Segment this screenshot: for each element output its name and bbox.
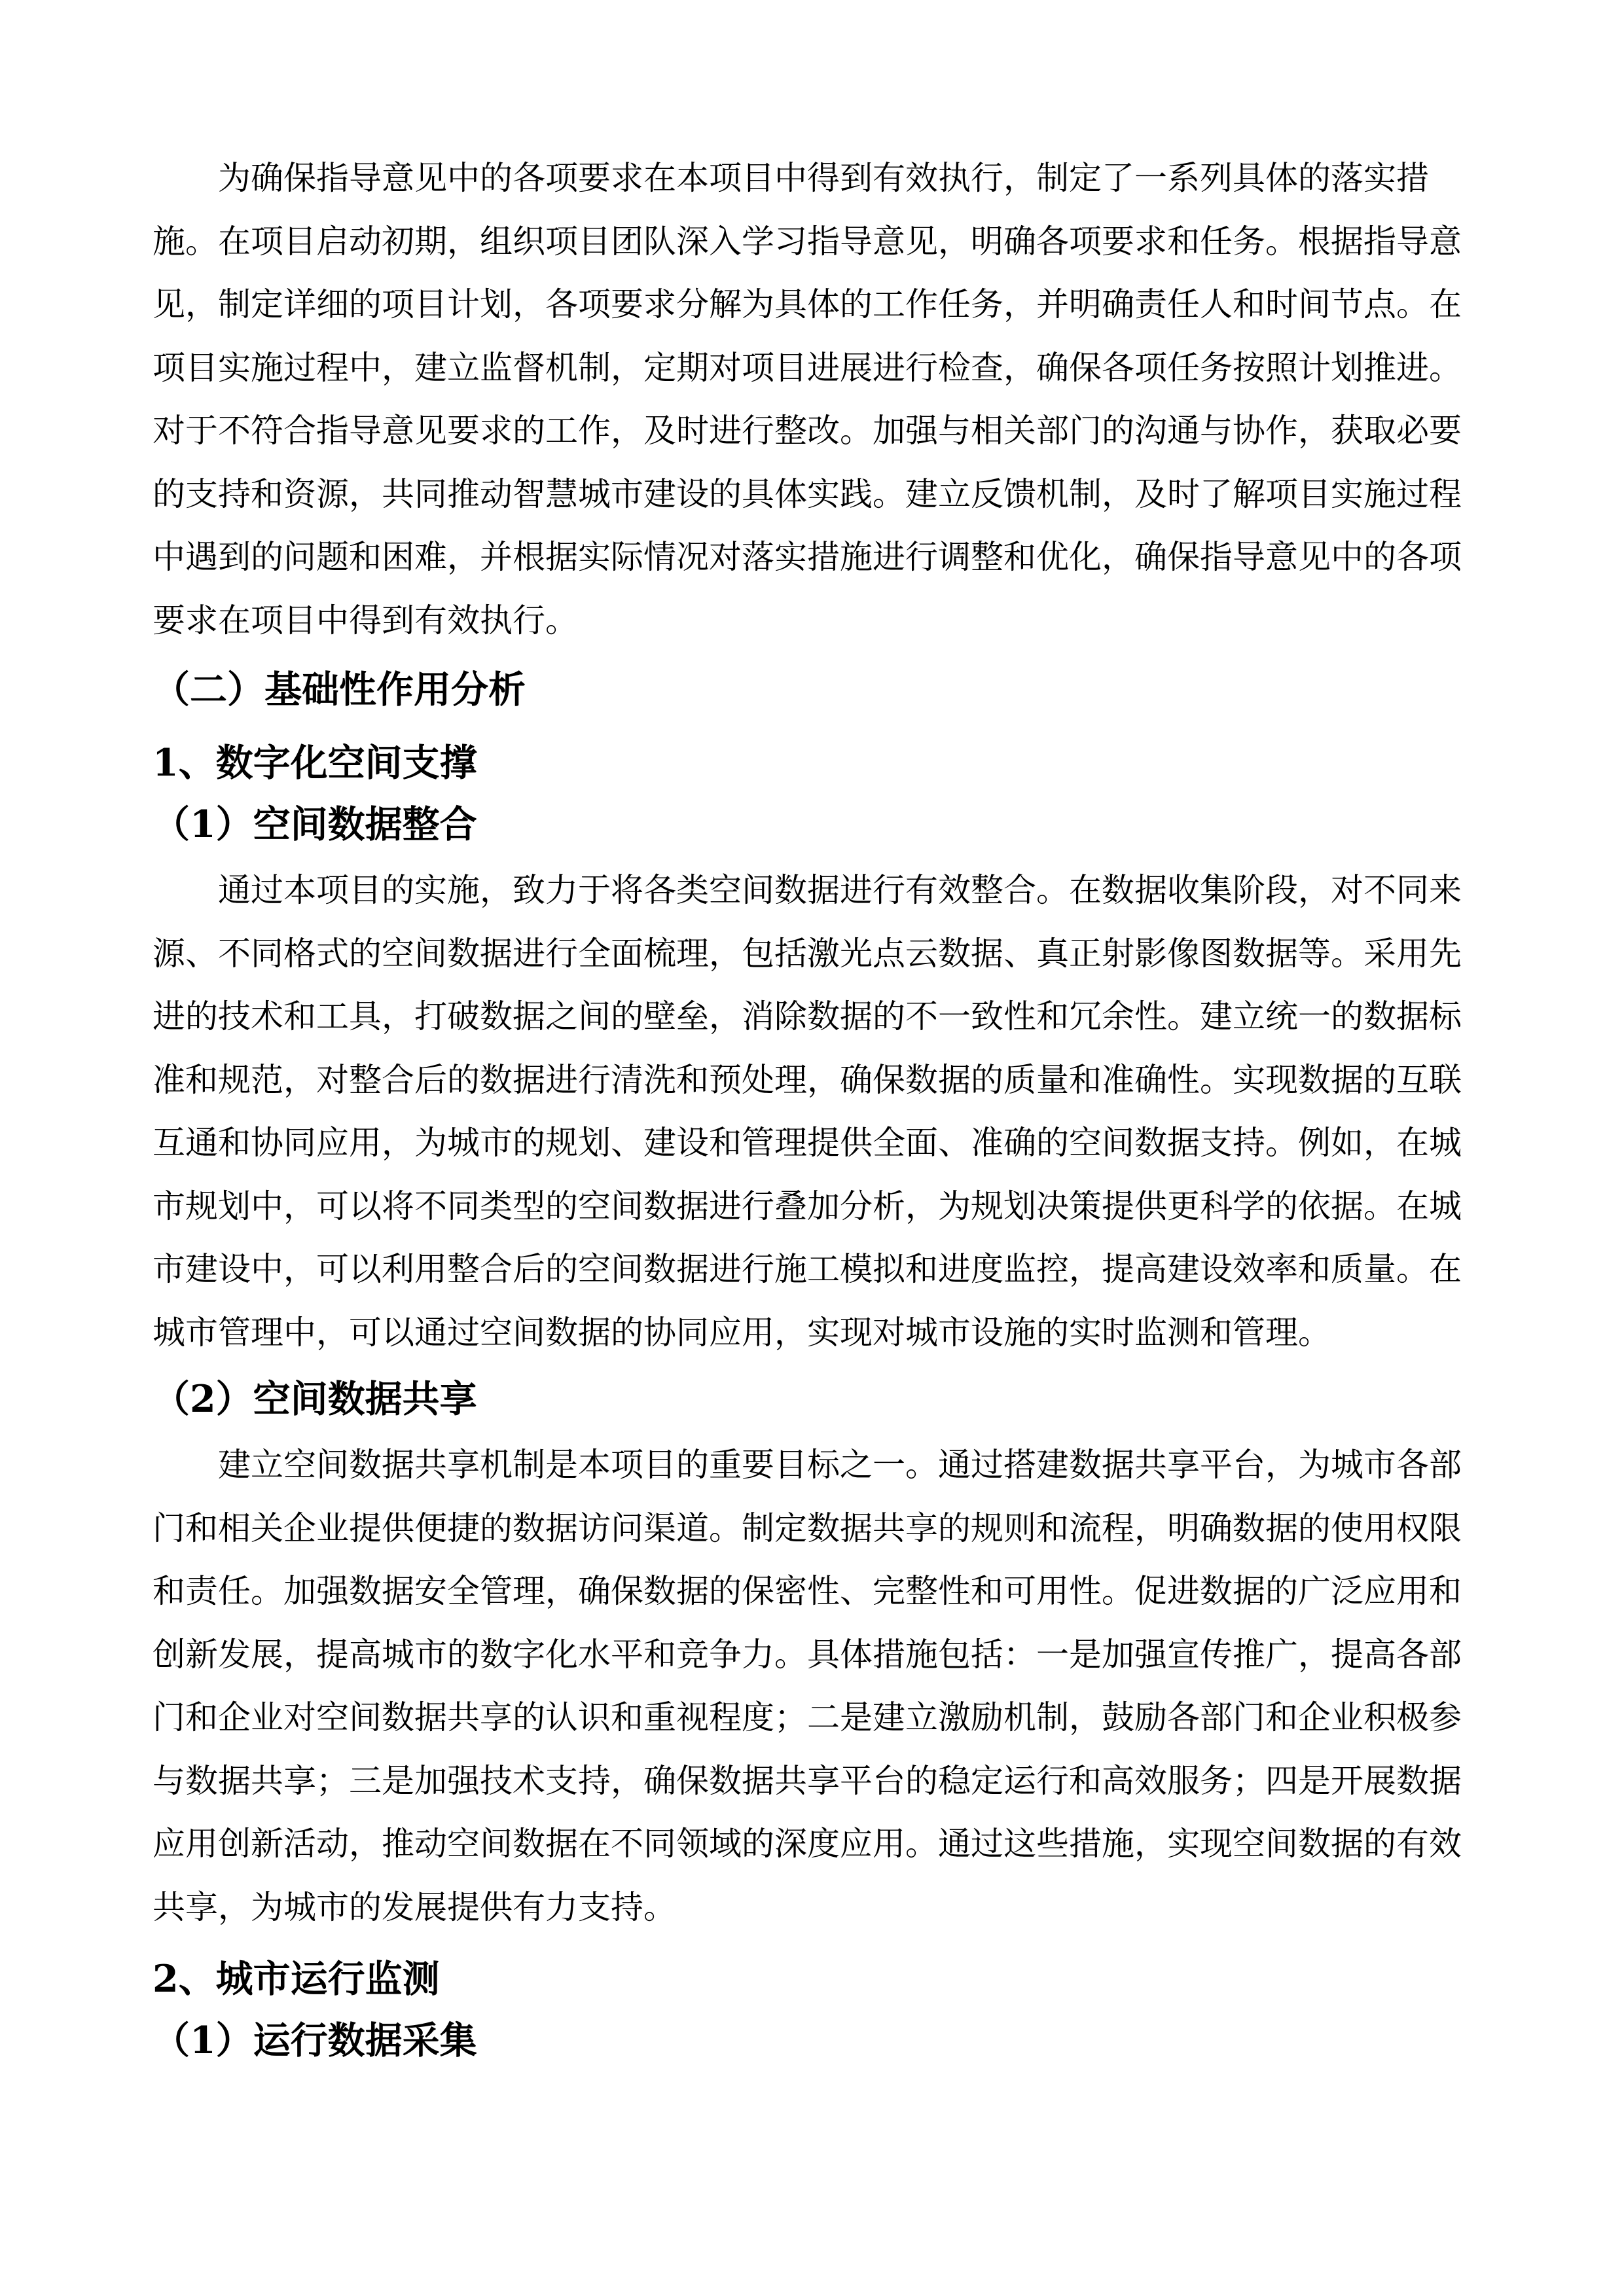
paragraph-line: 市建设中，可以利用整合后的空间数据进行施工模拟和进度监控，提高建设效率和质量。在 bbox=[153, 1238, 1462, 1301]
subsection-2-heading: 2、城市运行监测 bbox=[153, 1948, 1462, 2011]
intro-paragraph: 为确保指导意见中的各项要求在本项目中得到有效执行，制定了一系列具体的落实措 施。… bbox=[153, 147, 1462, 652]
subsection-1-2-heading: （2）空间数据共享 bbox=[153, 1369, 1462, 1429]
paragraph-line: 建立空间数据共享机制是本项目的重要目标之一。通过搭建数据共享平台，为城市各部 bbox=[153, 1433, 1462, 1497]
paragraph-line: 施。在项目启动初期，组织项目团队深入学习指导意见，明确各项要求和任务。根据指导意 bbox=[153, 210, 1462, 274]
paragraph-line: 城市管理中，可以通过空间数据的协同应用，实现对城市设施的实时监测和管理。 bbox=[153, 1301, 1462, 1365]
paragraph-line: 对于不符合指导意见要求的工作，及时进行整改。加强与相关部门的沟通与协作，获取必要 bbox=[153, 399, 1462, 463]
subsection-1-1-paragraph: 通过本项目的实施，致力于将各类空间数据进行有效整合。在数据收集阶段，对不同来 源… bbox=[153, 859, 1462, 1364]
paragraph-line: 创新发展，提高城市的数字化水平和竞争力。具体措施包括：一是加强宣传推广，提高各部 bbox=[153, 1623, 1462, 1687]
paragraph-line: 通过本项目的实施，致力于将各类空间数据进行有效整合。在数据收集阶段，对不同来 bbox=[153, 859, 1462, 922]
paragraph-line: 源、不同格式的空间数据进行全面梳理，包括激光点云数据、真正射影像图数据等。采用先 bbox=[153, 922, 1462, 986]
paragraph-line: 共享，为城市的发展提供有力支持。 bbox=[153, 1876, 1462, 1939]
paragraph-line: 和责任。加强数据安全管理，确保数据的保密性、完整性和可用性。促进数据的广泛应用和 bbox=[153, 1560, 1462, 1623]
document-page: 为确保指导意见中的各项要求在本项目中得到有效执行，制定了一系列具体的落实措 施。… bbox=[0, 0, 1624, 2296]
paragraph-line: 项目实施过程中，建立监督机制，定期对项目进展进行检查，确保各项任务按照计划推进。 bbox=[153, 336, 1462, 400]
paragraph-line: 门和相关企业提供便捷的数据访问渠道。制定数据共享的规则和流程，明确数据的使用权限 bbox=[153, 1497, 1462, 1560]
paragraph-line: 应用创新活动，推动空间数据在不同领域的深度应用。通过这些措施，实现空间数据的有效 bbox=[153, 1812, 1462, 1876]
paragraph-line: 要求在项目中得到有效执行。 bbox=[153, 589, 1462, 653]
subsection-1-2-paragraph: 建立空间数据共享机制是本项目的重要目标之一。通过搭建数据共享平台，为城市各部 门… bbox=[153, 1433, 1462, 1939]
subsection-2-1-heading: （1）运行数据采集 bbox=[153, 2011, 1462, 2071]
subsection-1-1-heading: （1）空间数据整合 bbox=[153, 795, 1462, 855]
section-heading: （二）基础性作用分析 bbox=[153, 657, 1462, 723]
paragraph-line: 门和企业对空间数据共享的认识和重视程度；二是建立激励机制，鼓励各部门和企业积极参 bbox=[153, 1686, 1462, 1749]
paragraph-line: 为确保指导意见中的各项要求在本项目中得到有效执行，制定了一系列具体的落实措 bbox=[153, 147, 1462, 210]
paragraph-line: 与数据共享；三是加强技术支持，确保数据共享平台的稳定运行和高效服务；四是开展数据 bbox=[153, 1749, 1462, 1813]
subsection-1-heading: 1、数字化空间支撑 bbox=[153, 732, 1462, 795]
paragraph-line: 的支持和资源，共同推动智慧城市建设的具体实践。建立反馈机制，及时了解项目实施过程 bbox=[153, 463, 1462, 526]
paragraph-line: 见，制定详细的项目计划，各项要求分解为具体的工作任务，并明确责任人和时间节点。在 bbox=[153, 273, 1462, 336]
paragraph-line: 准和规范，对整合后的数据进行清洗和预处理，确保数据的质量和准确性。实现数据的互联 bbox=[153, 1049, 1462, 1112]
paragraph-line: 进的技术和工具，打破数据之间的壁垒，消除数据的不一致性和冗余性。建立统一的数据标 bbox=[153, 985, 1462, 1049]
paragraph-line: 市规划中，可以将不同类型的空间数据进行叠加分析，为规划决策提供更科学的依据。在城 bbox=[153, 1175, 1462, 1238]
paragraph-line: 中遇到的问题和困难，并根据实际情况对落实措施进行调整和优化，确保指导意见中的各项 bbox=[153, 526, 1462, 589]
paragraph-line: 互通和协同应用，为城市的规划、建设和管理提供全面、准确的空间数据支持。例如，在城 bbox=[153, 1111, 1462, 1175]
